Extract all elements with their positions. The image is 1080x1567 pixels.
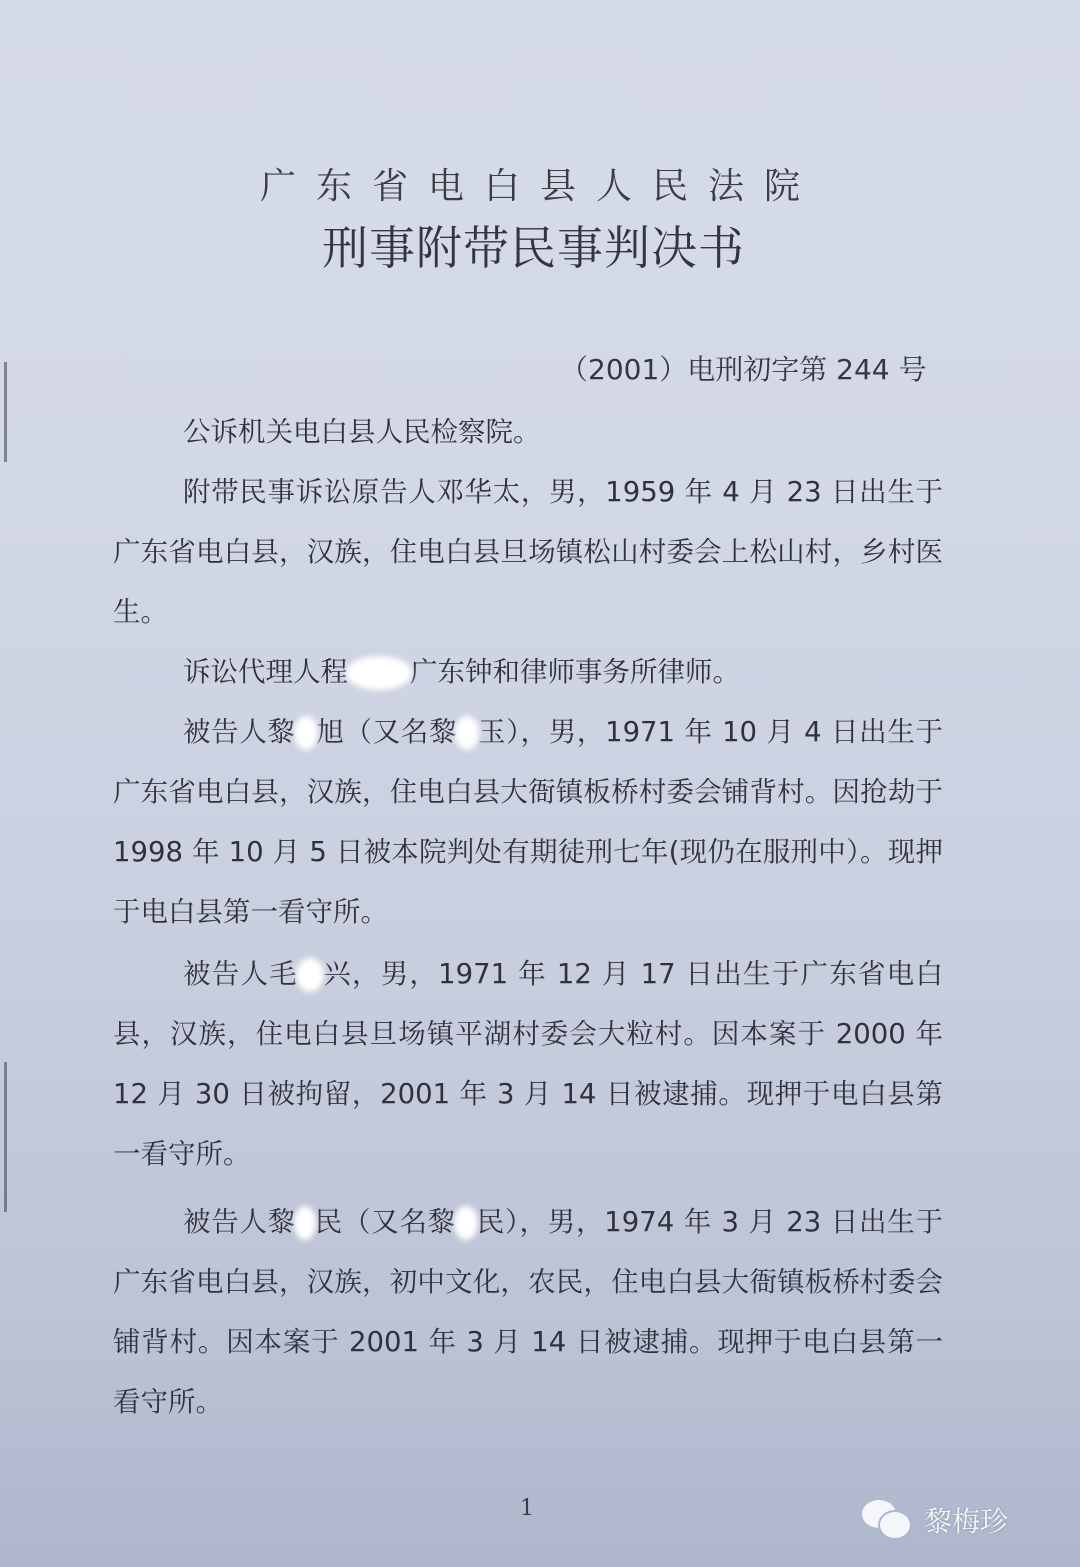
wechat-watermark: 黎梅珍 [858, 1498, 1008, 1542]
agent-text: 诉讼代理人程广东钟和律师事务所律师。 [113, 642, 943, 702]
document-title: 刑事附带民事判决书 [322, 212, 745, 278]
agent-text-part: 诉讼代理人程 [183, 656, 348, 688]
defendant-3-text-part: 被告人黎 [183, 1206, 296, 1238]
redaction-blur [294, 1206, 316, 1240]
prosecutor-text: 公诉机关电白县人民检察院。 [113, 402, 943, 462]
wechat-icon [858, 1498, 916, 1542]
scanned-document-page: 广东省电白县人民法院 刑事附带民事判决书 （2001）电刑初字第 244 号 公… [0, 0, 1080, 1567]
paragraph-defendant-1: 被告人黎旭（又名黎玉），男，1971 年 10 月 4 日出生于广东省电白县，汉… [113, 702, 943, 942]
binding-mark-top [4, 362, 7, 462]
defendant-2-text-part: 被告人毛 [183, 958, 298, 990]
binding-mark-bottom [4, 1062, 7, 1212]
redaction-blur [346, 656, 412, 690]
redaction-blur [454, 1206, 478, 1240]
agent-text-part: 广东钟和律师事务所律师。 [410, 656, 740, 688]
defendant-1-text-part: 旭（又名黎 [316, 716, 458, 748]
defendant-1-text-part: 被告人黎 [183, 716, 296, 748]
defendant-3-text: 被告人黎民（又名黎民），男，1974 年 3 月 23 日出生于广东省电白县，汉… [113, 1192, 943, 1432]
plaintiff-text: 附带民事诉讼原告人邓华太，男，1959 年 4 月 23 日出生于广东省电白县，… [113, 462, 943, 642]
redaction-blur [296, 958, 324, 992]
page-number: 1 [520, 1496, 534, 1521]
paragraph-defendant-2: 被告人毛兴，男，1971 年 12 月 17 日出生于广东省电白县，汉族，住电白… [113, 944, 943, 1184]
paragraph-agent: 诉讼代理人程广东钟和律师事务所律师。 [113, 642, 943, 702]
court-name: 广东省电白县人民法院 [260, 158, 820, 209]
case-number: （2001）电刑初字第 244 号 [560, 348, 927, 388]
defendant-2-text: 被告人毛兴，男，1971 年 12 月 17 日出生于广东省电白县，汉族，住电白… [113, 944, 943, 1184]
watermark-author: 黎梅珍 [924, 1500, 1008, 1540]
redaction-blur [455, 716, 479, 750]
paragraph-defendant-3: 被告人黎民（又名黎民），男，1974 年 3 月 23 日出生于广东省电白县，汉… [113, 1192, 943, 1432]
paragraph-plaintiff: 附带民事诉讼原告人邓华太，男，1959 年 4 月 23 日出生于广东省电白县，… [113, 462, 943, 642]
defendant-1-text: 被告人黎旭（又名黎玉），男，1971 年 10 月 4 日出生于广东省电白县，汉… [113, 702, 943, 942]
paragraph-prosecutor: 公诉机关电白县人民检察院。 [113, 402, 943, 462]
redaction-blur [294, 716, 318, 750]
defendant-3-text-part: 民（又名黎 [314, 1206, 456, 1238]
